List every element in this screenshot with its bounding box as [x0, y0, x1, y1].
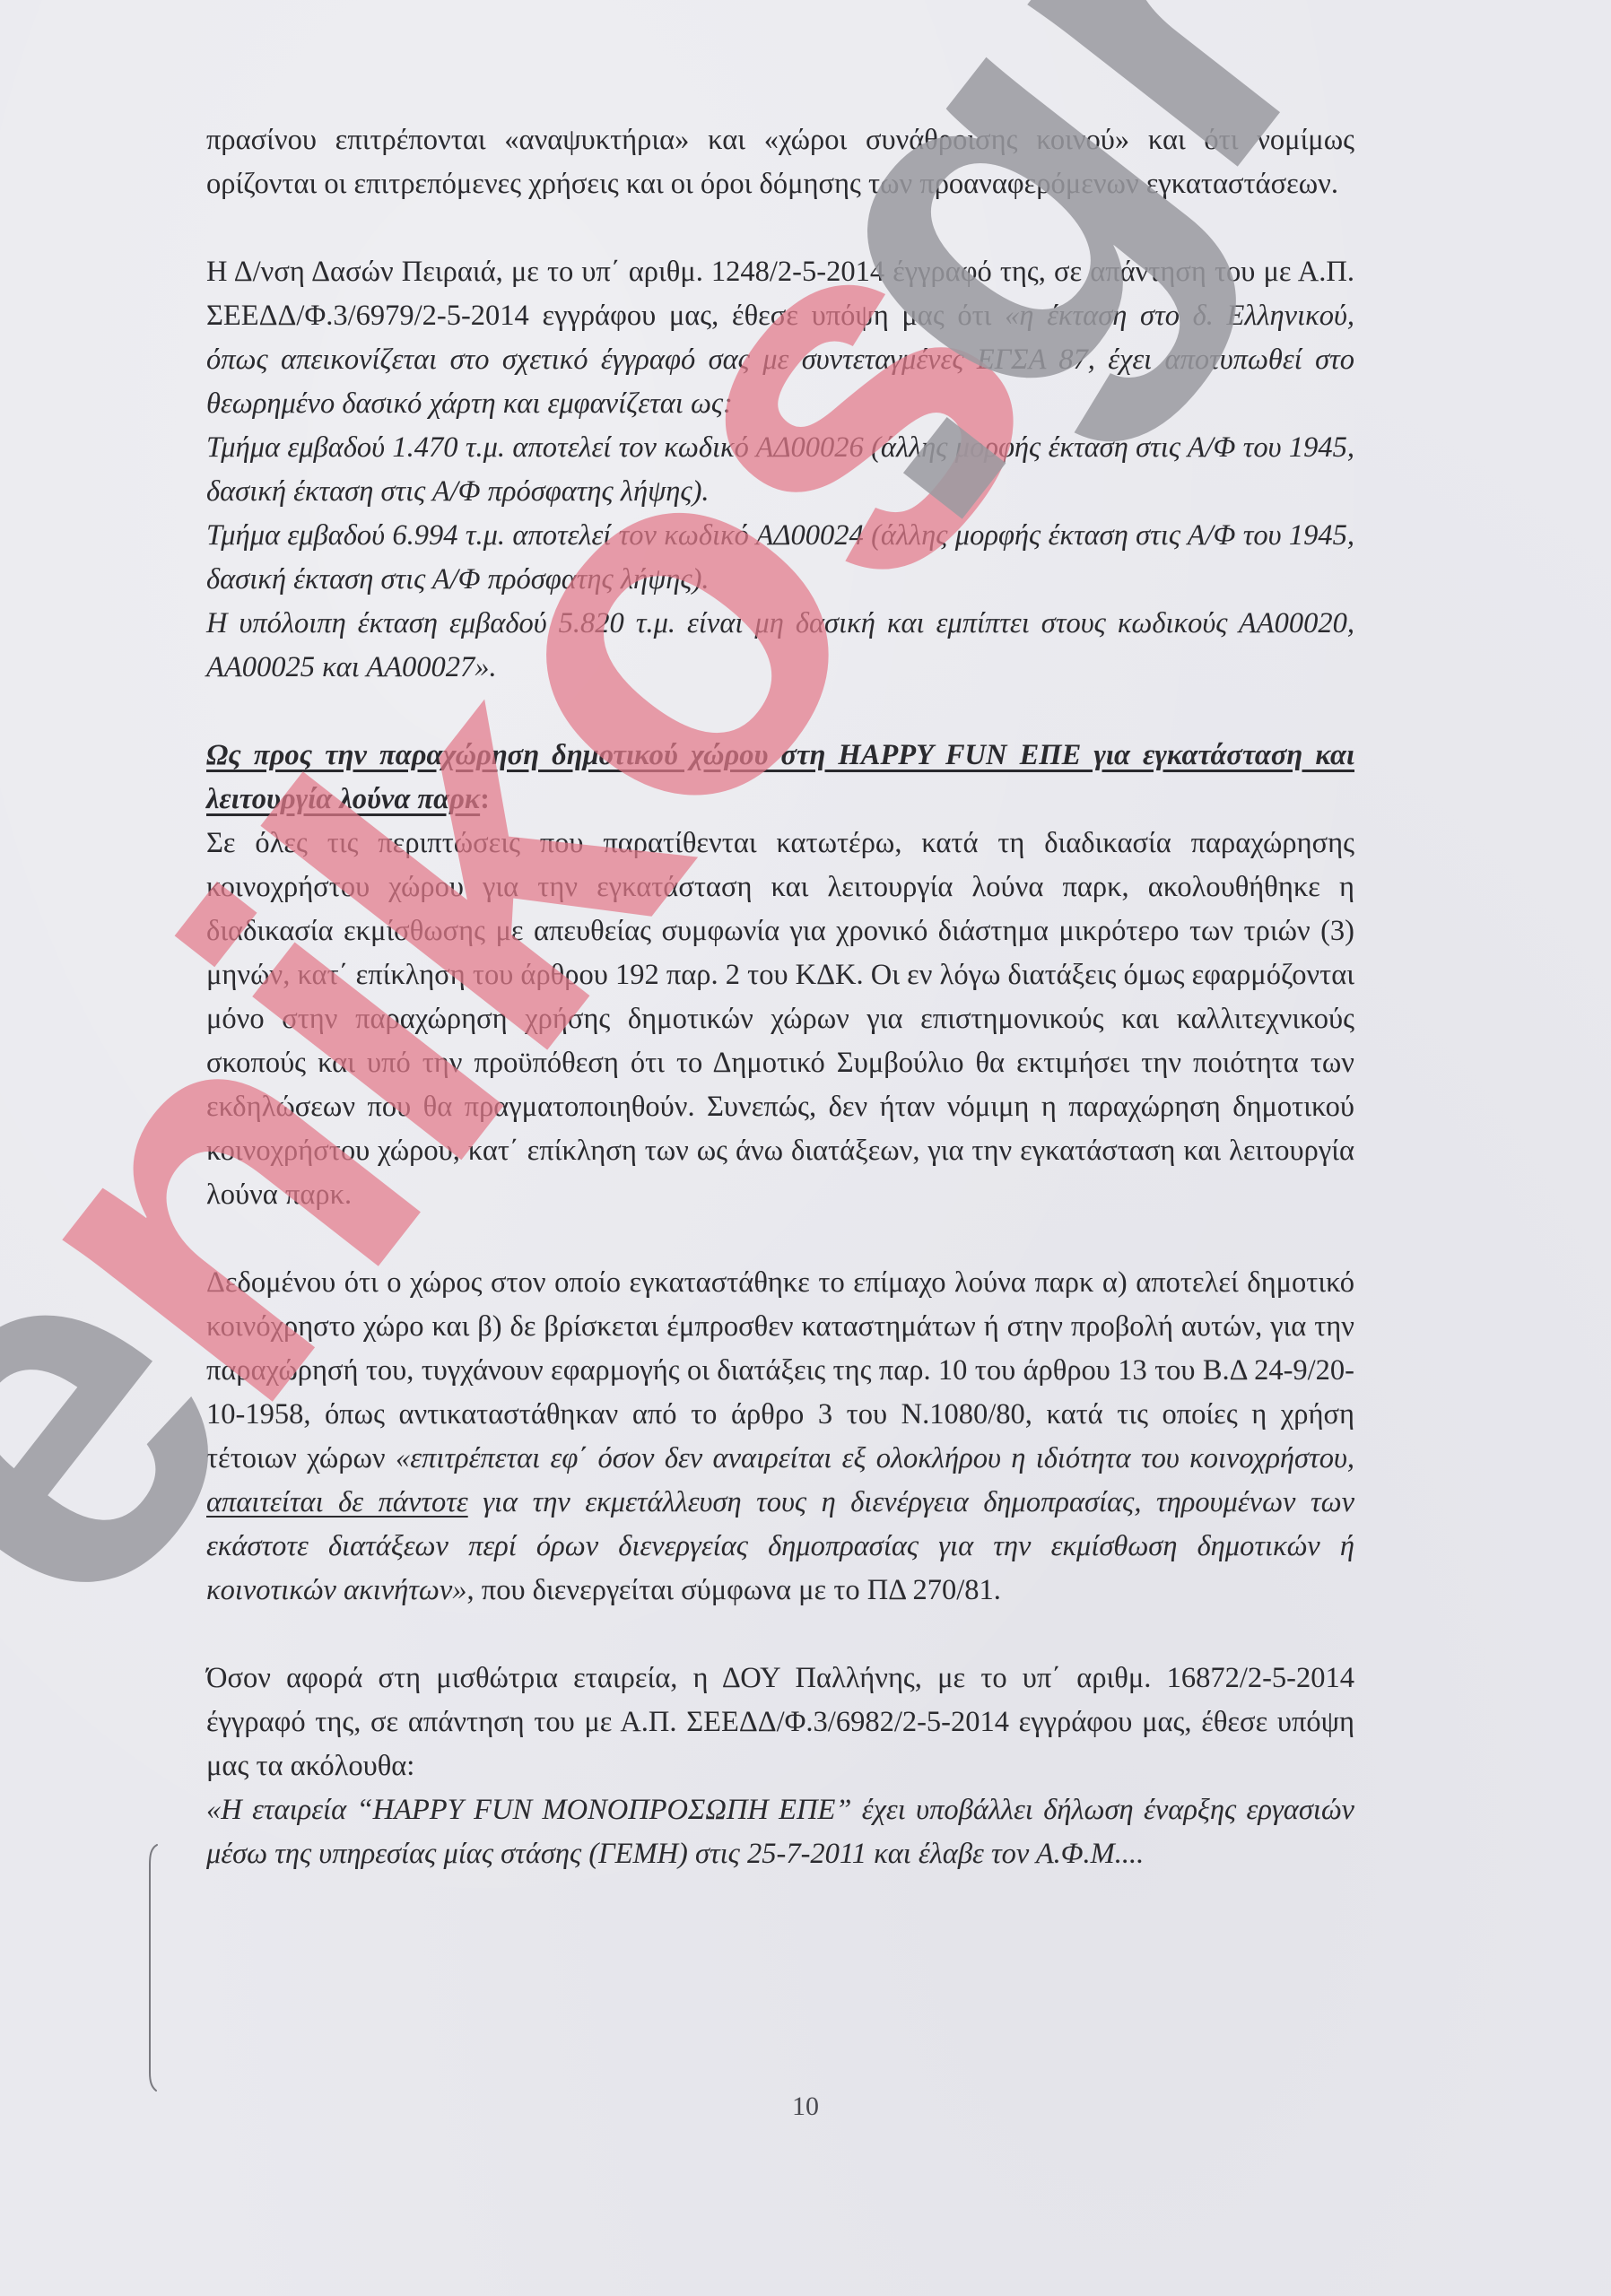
tax-office-quote: «Η εταιρεία “HAPPY FUN ΜΟΝΟΠΡΟΣΩΠΗ ΕΠΕ” … [206, 1788, 1354, 1876]
paragraph-outro: , που διενεργείται σύμφωνα με το ΠΔ 270/… [467, 1574, 1001, 1606]
item-text: Τμήμα εμβαδού 1.470 τ.μ. αποτελεί τον κω… [206, 431, 1354, 508]
section-heading-block: Ως προς την παραχώρηση δημοτικού χώρου σ… [206, 734, 1354, 1217]
handwritten-margin-bracket [145, 1843, 160, 2094]
forestry-item-1: Τμήμα εμβαδού 1.470 τ.μ. αποτελεί τον κω… [206, 426, 1354, 514]
section-heading-colon: : [480, 783, 490, 815]
forestry-item-2: Τμήμα εμβαδού 6.994 τ.μ. αποτελεί τον κω… [206, 514, 1354, 602]
page-number: 10 [0, 2092, 1611, 2122]
paragraph-green-space-uses: πρασίνου επιτρέπονται «αναψυκτήρια» και … [206, 118, 1354, 206]
section-heading: Ως προς την παραχώρηση δημοτικού χώρου σ… [206, 739, 1354, 815]
document-body: πρασίνου επιτρέπονται «αναψυκτήρια» και … [206, 118, 1354, 1876]
paragraph-text: πρασίνου επιτρέπονται «αναψυκτήρια» και … [206, 124, 1354, 200]
paragraph-text: Όσον αφορά στη μισθώτρια εταιρεία, η ΔΟΥ… [206, 1662, 1354, 1782]
paragraph-forestry-directorate: Η Δ/νση Δασών Πειραιά, με το υπ΄ αριθμ. … [206, 250, 1354, 426]
document-page: πρασίνου επιτρέπονται «αναψυκτήρια» και … [0, 0, 1611, 2296]
law-quote-underlined: απαιτείται δε πάντοτε [206, 1486, 468, 1518]
law-quote-part-a: «επιτρέπεται εφ΄ όσον δεν αναιρείται εξ … [396, 1442, 1354, 1474]
item-text: Η υπόλοιπη έκταση εμβαδού 5.820 τ.μ. είν… [206, 607, 1354, 683]
paragraph-text: Σε όλες τις περιπτώσεις που παρατίθενται… [206, 822, 1354, 1217]
forestry-item-3: Η υπόλοιπη έκταση εμβαδού 5.820 τ.μ. είν… [206, 602, 1354, 690]
paragraph-municipal-space: Δεδομένου ότι ο χώρος στον οποίο εγκατασ… [206, 1261, 1354, 1613]
paragraph-tax-office: Όσον αφορά στη μισθώτρια εταιρεία, η ΔΟΥ… [206, 1657, 1354, 1876]
item-text: Τμήμα εμβαδού 6.994 τ.μ. αποτελεί τον κω… [206, 519, 1354, 596]
